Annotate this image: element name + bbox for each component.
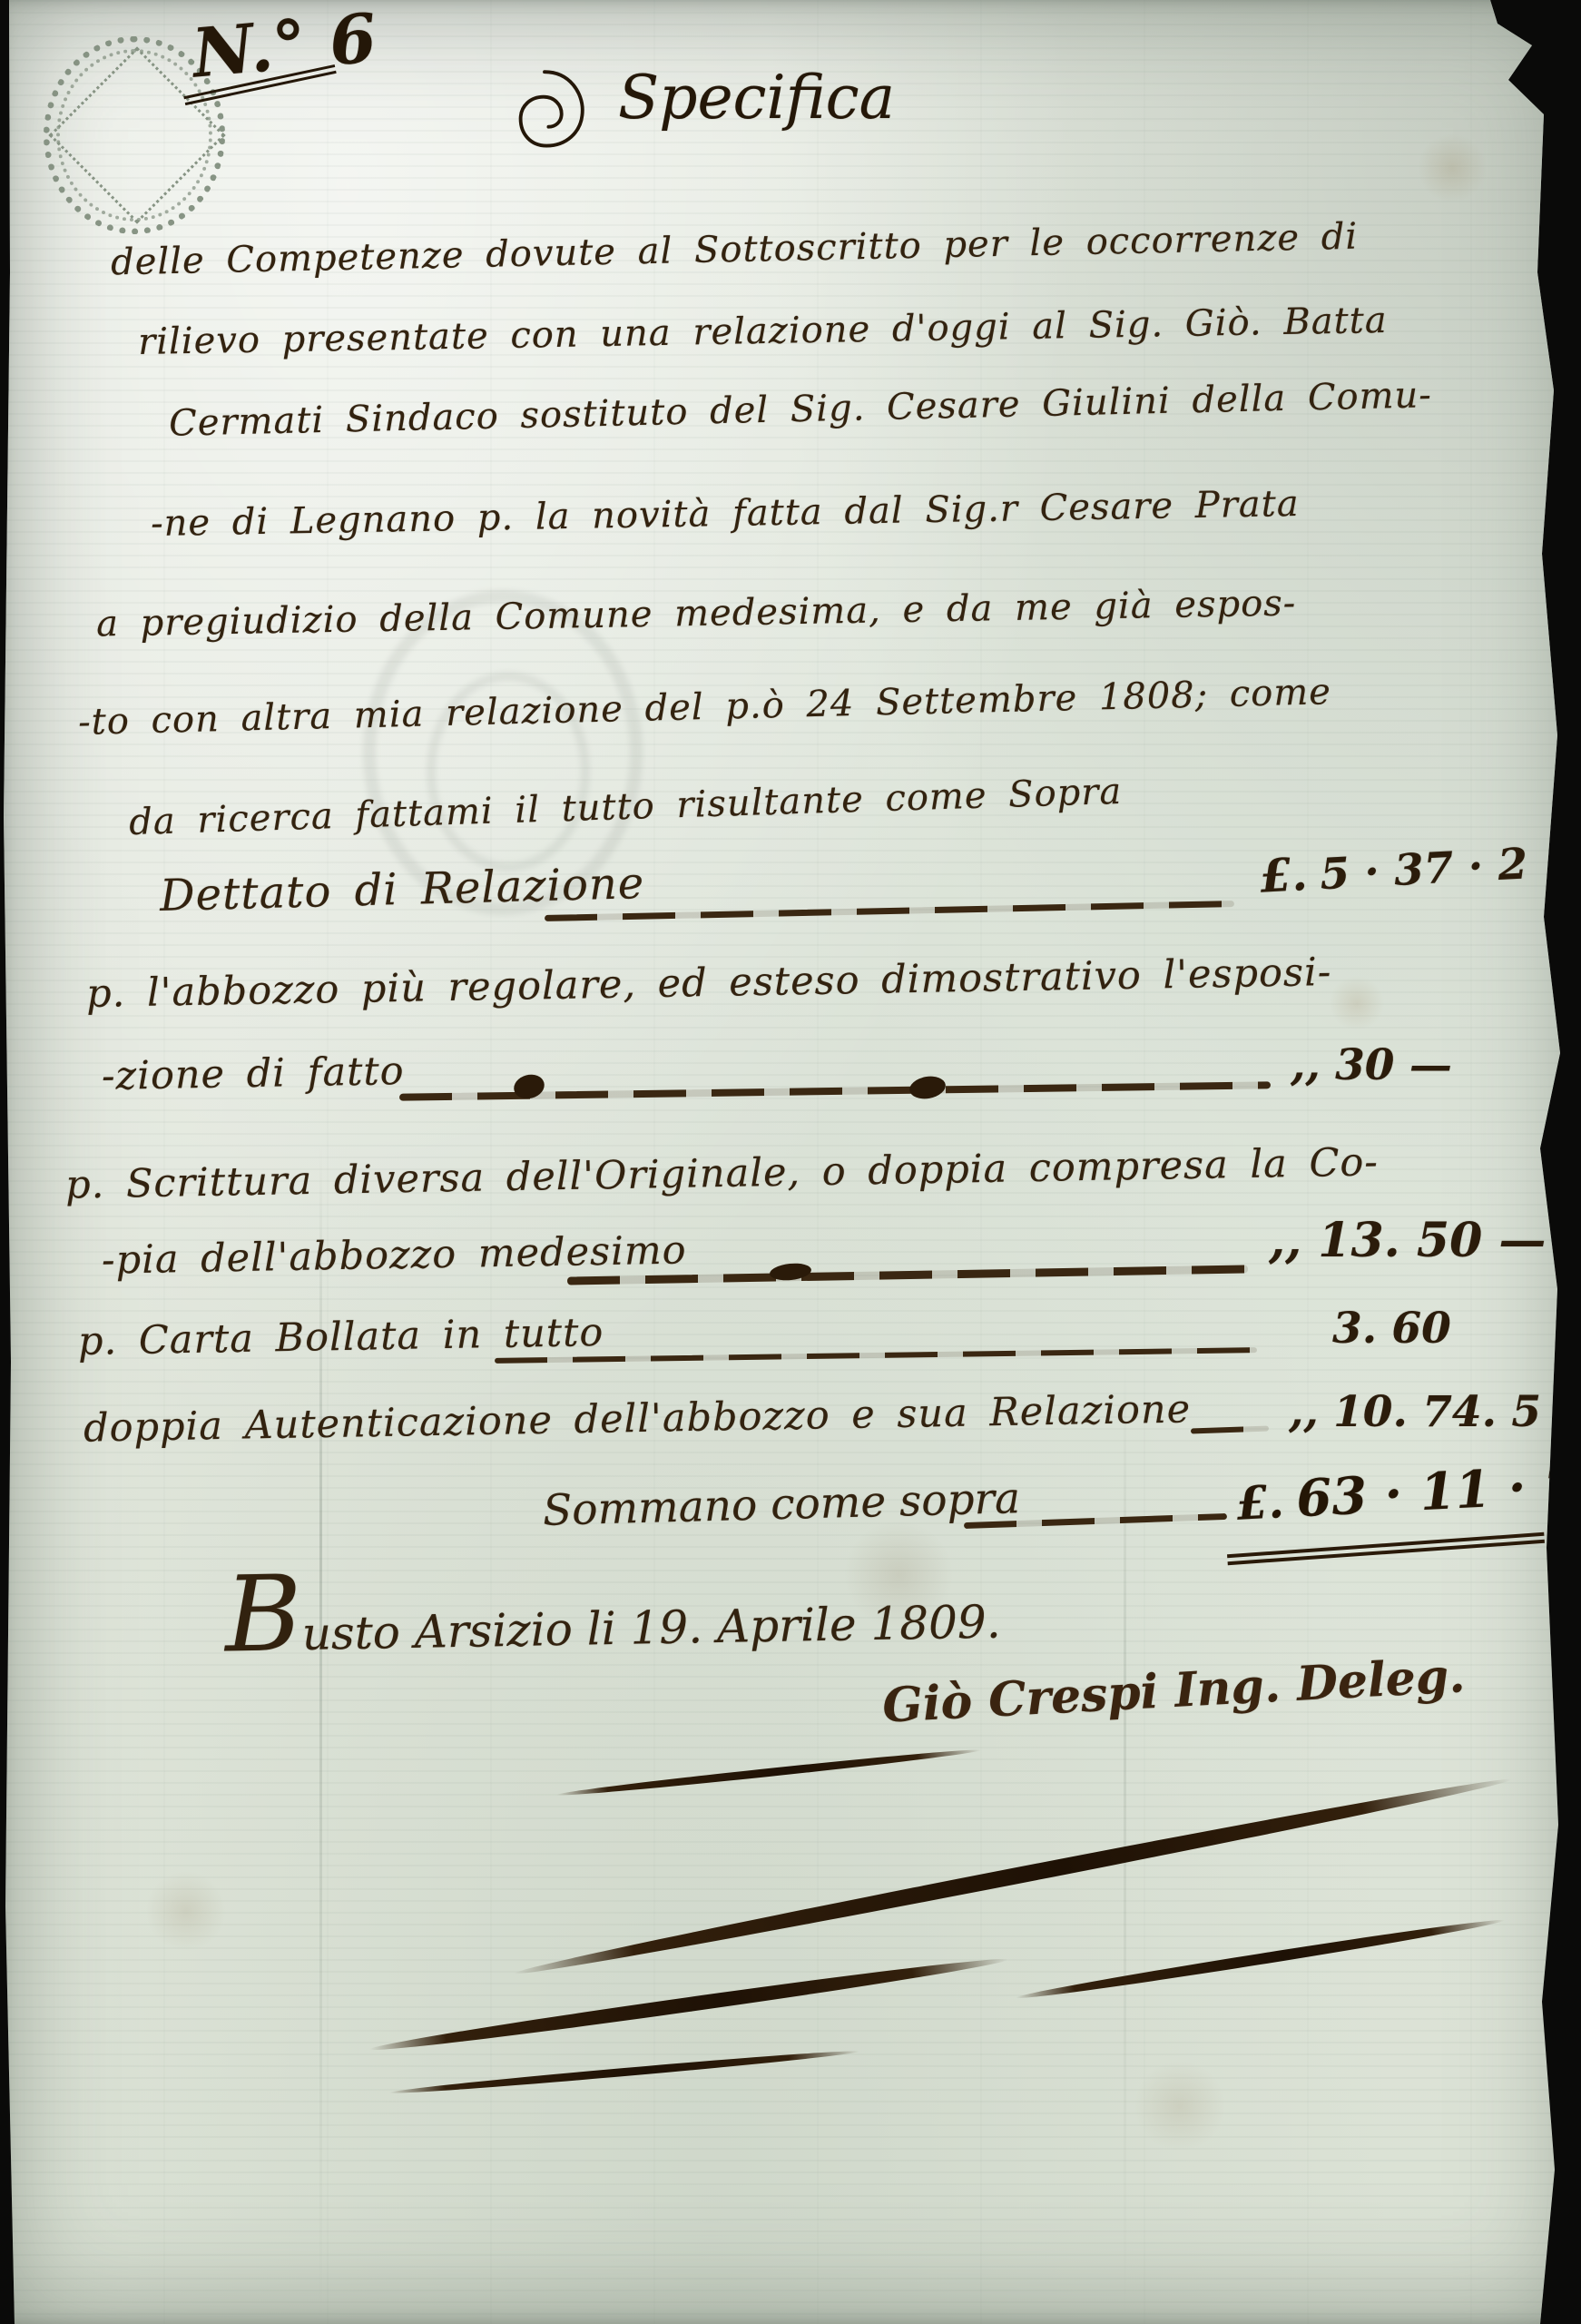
ink-flourish-stroke xyxy=(368,1953,1008,2057)
item-label: p. Carta Bollata in tutto xyxy=(78,1310,604,1364)
dash-leader xyxy=(1191,1426,1269,1434)
dash-leader xyxy=(545,901,1234,921)
signature: Giò Crespi Ing. Deleg. xyxy=(881,1648,1467,1734)
ink-blot xyxy=(769,1262,812,1283)
dash-leader xyxy=(964,1513,1227,1529)
scanned-manuscript: R. I. SOLDI · 2 · 6 ✣ N.° 6 Specifica de… xyxy=(0,0,1581,2324)
stamp-ornament-icon: ✣ xyxy=(0,97,455,202)
dash-leader xyxy=(567,1265,1248,1285)
stamp-text-soldi: SOLDI · 2 · 6 xyxy=(0,27,634,237)
paper-sheet: R. I. SOLDI · 2 · 6 ✣ N.° 6 Specifica de… xyxy=(0,0,1581,2324)
lira-currency-symbol: £. xyxy=(1235,1474,1285,1531)
body-line: rilievo presentate con una relazione d'o… xyxy=(138,300,1388,363)
stamp-diamond-border xyxy=(48,46,225,223)
item-amount-value: 5 · 37 · 2 xyxy=(1319,839,1529,900)
item-label: doppia Autenticazione dell'abbozzo e sua… xyxy=(83,1386,1192,1451)
body-line: Cermati Sindaco sostituto del Sig. Cesar… xyxy=(169,374,1433,445)
revenue-stamp: R. I. SOLDI · 2 · 6 ✣ xyxy=(44,36,225,234)
total-amount: £.63 · 11 · 7 xyxy=(1235,1454,1581,1532)
ink-blot xyxy=(908,1074,948,1102)
item-amount: ,, 13. 50 — xyxy=(1269,1213,1546,1268)
total-amount-value: 63 · 11 · 7 xyxy=(1295,1454,1581,1529)
ink-flourish-stroke xyxy=(1015,1915,1505,2003)
item-label: Dettato di Relazione xyxy=(159,858,645,921)
stamp-text-ri: R. I. xyxy=(0,92,347,144)
fold-crease xyxy=(319,1144,322,2324)
item-label: p. Scrittura diversa dell'Originale, o d… xyxy=(65,1139,1380,1207)
total-label: Sommano come sopra xyxy=(542,1473,1020,1536)
document-number-text: N.° 6 xyxy=(190,0,380,94)
dash-leader xyxy=(495,1347,1257,1364)
item-label: -zione di fatto xyxy=(102,1049,405,1099)
stamp-wreath-icon xyxy=(44,36,225,234)
watermark-ring xyxy=(427,672,590,871)
total-underline xyxy=(1227,1532,1545,1565)
place-date-line: Busto Arsizio li 19. Aprile 1809. xyxy=(224,1571,1001,1662)
fold-crease xyxy=(1124,1362,1126,2324)
ink-flourish-stroke xyxy=(513,1771,1514,1981)
body-line: da ricerca fattami il tutto risultante c… xyxy=(129,771,1123,843)
calligraphic-flourish-icon xyxy=(495,60,594,160)
document-number: N.° 6 xyxy=(190,0,380,95)
dash-leader xyxy=(399,1081,1271,1100)
page-title-text: Specifica xyxy=(618,63,895,133)
item-amount: 3. 60 xyxy=(1332,1304,1451,1354)
item-amount: ,, 30 — xyxy=(1291,1040,1452,1090)
body-line: a pregiudizio della Comune medesima, e d… xyxy=(96,582,1297,645)
stamp-wreath-icon xyxy=(56,49,212,222)
lira-currency-symbol: £. xyxy=(1259,847,1309,903)
ink-flourish-stroke xyxy=(389,2047,860,2096)
ink-blot xyxy=(511,1071,547,1102)
page-title: Specifica xyxy=(495,34,895,160)
ink-flourish-stroke xyxy=(556,1746,981,1798)
item-label: -pia dell'abbozzo medesimo xyxy=(102,1227,687,1283)
body-line: delle Competenze dovute al Sottoscritto … xyxy=(111,216,1359,284)
body-line: -to con altra mia relazione del p.ò 24 S… xyxy=(78,671,1332,743)
watermark-ring xyxy=(363,590,643,915)
document-number-underline xyxy=(183,64,336,105)
item-amount: ,, 10. 74. 5 xyxy=(1289,1387,1541,1437)
item-label: p. l'abbozzo più regolare, ed esteso dim… xyxy=(86,950,1332,1017)
item-amount: £.5 · 37 · 2 xyxy=(1259,835,1529,902)
body-line: -ne di Legnano p. la novità fatta dal Si… xyxy=(151,483,1300,545)
